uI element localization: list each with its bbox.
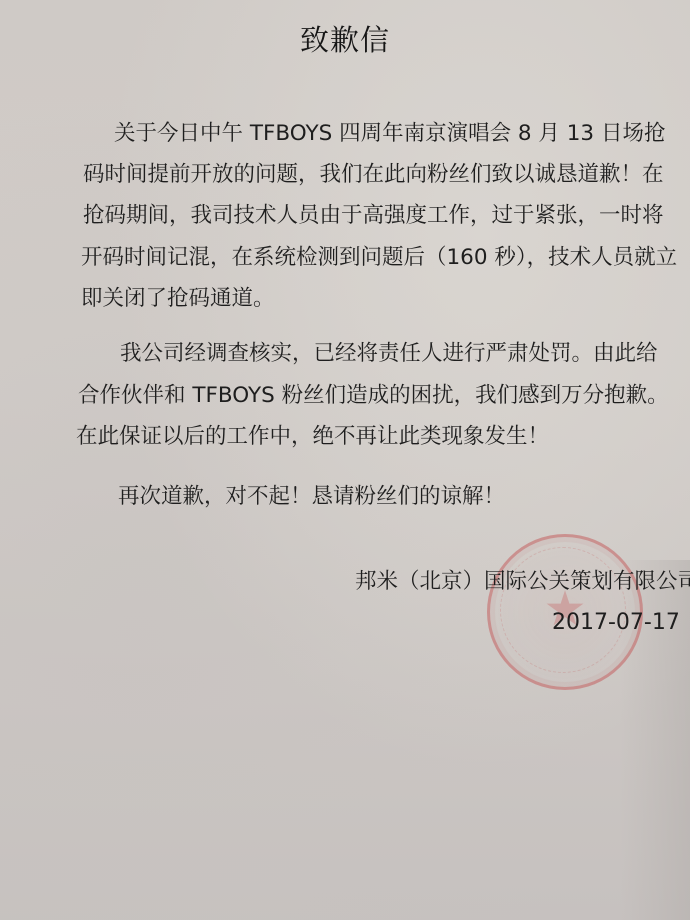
paragraph-1-line-4: 开码时间记混，在系统检测到问题后（160 秒），技术人员就立 bbox=[81, 243, 677, 273]
paragraph-3-line-1: 再次道歉，对不起！恳请粉丝们的谅解！ bbox=[118, 482, 505, 512]
paragraph-1-line-3: 抢码期间，我司技术人员由于高强度工作，过于紧张，一时将 bbox=[83, 201, 664, 231]
paragraph-1-line-2: 码时间提前开放的问题，我们在此向粉丝们致以诚恳道歉！在 bbox=[83, 160, 664, 190]
paragraph-2-line-1: 我公司经调查核实，已经将责任人进行严肃处罚。由此给 bbox=[120, 339, 658, 369]
signature-company: 邦米（北京）国际公关策划有限公司 bbox=[355, 567, 690, 597]
letter-page: 致歉信 关于今日中午 TFBOYS 四周年南京演唱会 8 月 13 日场抢 码时… bbox=[0, 0, 690, 920]
paragraph-2-line-2: 合作伙伴和 TFBOYS 粉丝们造成的困扰，我们感到万分抱歉。 bbox=[78, 381, 669, 411]
paragraph-1-line-5: 即关闭了抢码通道。 bbox=[81, 284, 275, 314]
letter-title: 致歉信 bbox=[0, 18, 690, 59]
paragraph-2-line-3: 在此保证以后的工作中，绝不再让此类现象发生！ bbox=[76, 422, 549, 452]
paragraph-1-line-1: 关于今日中午 TFBOYS 四周年南京演唱会 8 月 13 日场抢 bbox=[114, 119, 665, 149]
signature-date: 2017-07-17 bbox=[552, 608, 680, 638]
